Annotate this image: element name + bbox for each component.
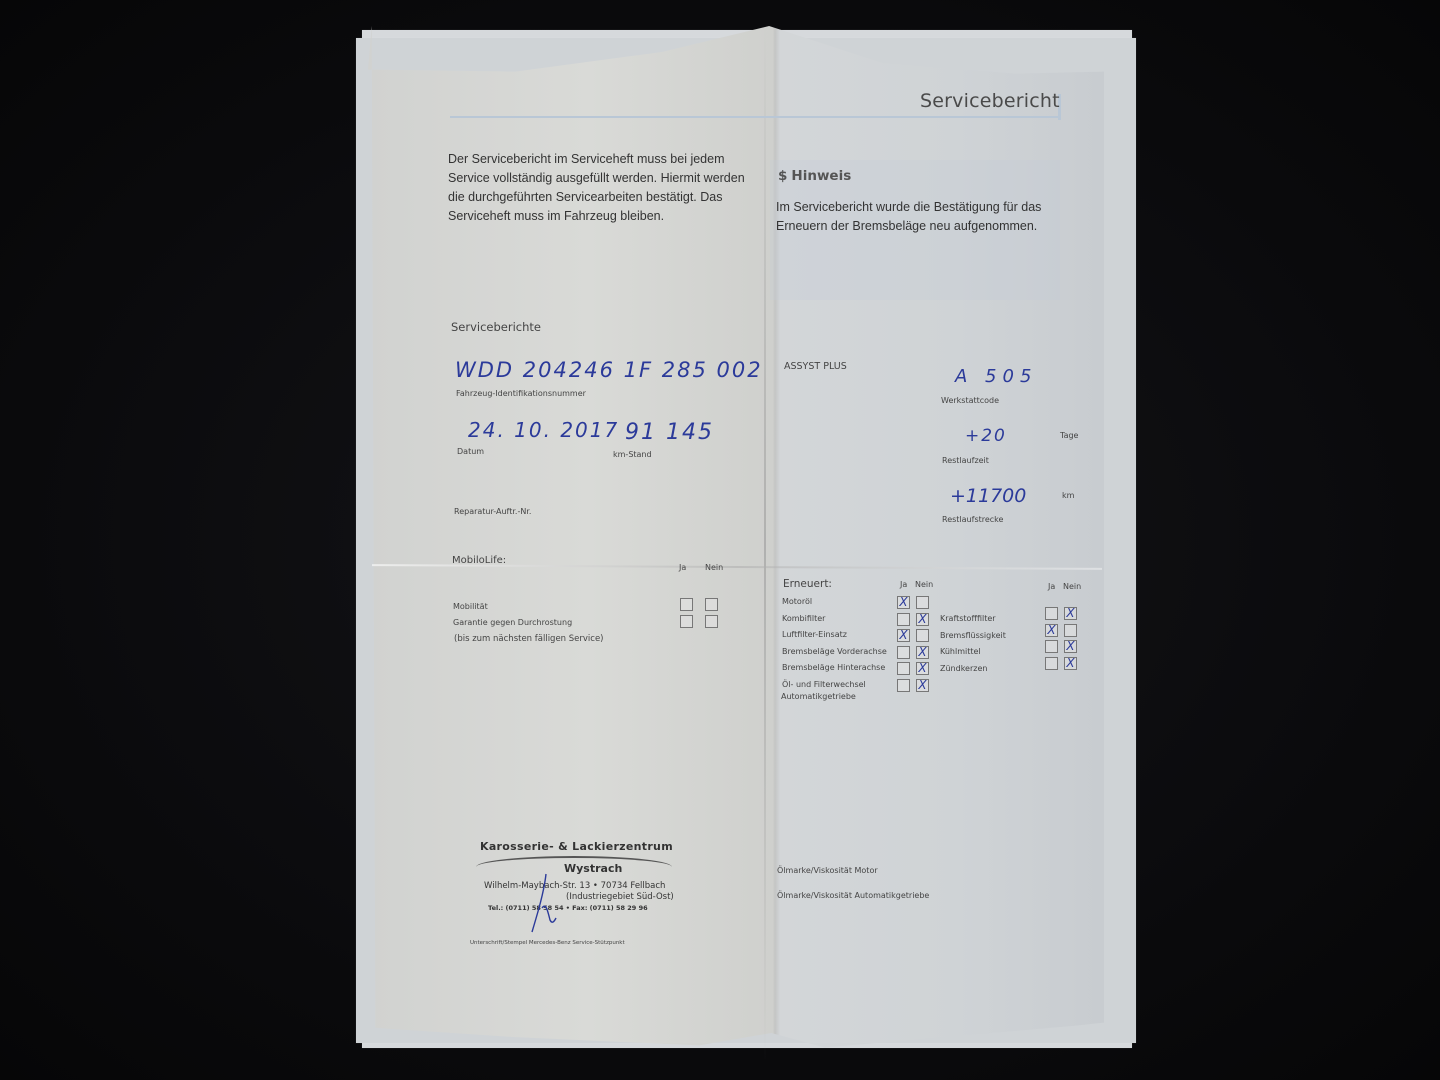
renewed-item-label: Bremsflüssigkeit [940,631,1006,640]
stamp-sub: Wystrach [564,862,622,875]
renewed-col-no: Nein [915,580,933,589]
km-label: km-Stand [613,450,652,459]
renewed-col-yes: Ja [900,580,907,589]
checkbox-no[interactable] [705,615,718,628]
checkbox-yes[interactable] [1045,657,1058,670]
stamp-area: (Industriegebiet Süd-Ost) [566,892,674,902]
remaining-time-label: Restlaufzeit [942,456,989,465]
renewed-item-label: Kühlmittel [940,647,981,656]
checkbox-no[interactable]: X [916,646,929,659]
renewed-item-label: Bremsbeläge Vorderachse [782,647,887,656]
checkbox-no[interactable]: X [916,679,929,692]
renewed-item-label: Kraftstofffilter [940,614,996,623]
dollar-sign-icon: $ [778,168,787,184]
checkbox-no[interactable]: X [1064,657,1077,670]
checkbox-yes[interactable] [680,598,693,611]
workshop-code-value[interactable]: A 505 [955,366,1037,387]
assyst-label: ASSYST PLUS [784,361,847,372]
photo-background: Servicebericht Der Servicebericht im Ser… [0,0,1440,1080]
renewed-col-yes-right: Ja [1048,582,1055,591]
repair-order-label: Reparatur-Auftr.-Nr. [454,507,531,516]
remaining-distance-value[interactable]: +11700 [950,485,1026,507]
checkbox-no[interactable] [916,596,929,609]
checkbox-yes[interactable] [897,613,910,626]
vin-value[interactable]: WDD 204246 1F 285 002 [455,358,763,382]
mobilolife-note: (bis zum nächsten fälligen Service) [454,634,604,644]
checkbox-yes[interactable] [897,679,910,692]
checkbox-no[interactable] [705,598,718,611]
renewed-left-last-sub: Automatikgetriebe [781,692,856,701]
mobilolife-item-label: Garantie gegen Durchrostung [453,618,572,627]
workshop-code-label: Werkstattcode [941,396,999,405]
checkbox-yes[interactable] [897,662,910,675]
section-title: Serviceberichte [451,320,541,334]
signature [528,872,558,934]
mobilolife-title: MobiloLife: [452,555,506,566]
checkbox-yes[interactable] [680,615,693,628]
stamp-name: Karosserie- & Lackierzentrum [480,840,673,853]
checkbox-yes[interactable] [1045,640,1058,653]
checkbox-no[interactable] [1064,624,1077,637]
checkbox-no[interactable]: X [916,613,929,626]
checkbox-yes[interactable] [897,646,910,659]
checkbox-yes[interactable]: X [897,596,910,609]
renewed-col-no-right: Nein [1063,582,1081,591]
remaining-time-unit: Tage [1060,431,1078,440]
checkbox-yes[interactable] [1045,607,1058,620]
remaining-distance-unit: km [1062,491,1074,500]
vin-label: Fahrzeug-Identifikationsnummer [456,389,586,398]
renewed-item-label: Motoröl [782,597,812,606]
renewed-title: Erneuert: [783,578,832,590]
oil-gearbox-label: Ölmarke/Viskosität Automatikgetriebe [777,891,929,900]
hint-heading: Hinweis [791,168,851,184]
km-value[interactable]: 91 145 [625,420,714,445]
mobilolife-col-yes: Ja [679,563,686,572]
renewed-item-label: Luftfilter-Einsatz [782,630,847,639]
checkbox-no[interactable] [916,629,929,642]
checkbox-yes[interactable]: X [897,629,910,642]
page-title: Servicebericht [920,90,1060,112]
intro-text: Der Servicebericht im Serviceheft muss b… [448,150,758,226]
date-value[interactable]: 24. 10. 2017 [468,418,619,442]
hint-text: Im Servicebericht wurde die Bestätigung … [776,198,1066,236]
renewed-item-label: Zündkerzen [940,664,987,673]
checkbox-no[interactable]: X [1064,607,1077,620]
renewed-item-label: Kombifilter [782,614,825,623]
mobilolife-col-no: Nein [705,563,723,572]
signature-label: Unterschrift/Stempel Mercedes-Benz Servi… [470,940,625,946]
remaining-distance-label: Restlaufstrecke [942,515,1003,524]
checkbox-no[interactable]: X [916,662,929,675]
renewed-item-label: Bremsbeläge Hinterachse [782,663,885,672]
hint-title: $Hinweis [778,168,851,184]
oil-engine-label: Ölmarke/Viskosität Motor [777,866,878,875]
checkbox-no[interactable]: X [1064,640,1077,653]
renewed-item-label: Öl- und Filterwechsel [782,680,866,689]
mobilolife-item-label: Mobilität [453,602,488,611]
date-label: Datum [457,447,484,456]
stamp-address: Wilhelm-Maybach-Str. 13 • 70734 Fellbach [484,881,665,891]
workshop-stamp: Karosserie- & Lackierzentrum Wystrach Wi… [472,838,682,918]
checkbox-yes[interactable]: X [1045,624,1058,637]
vertical-fold [764,26,766,1062]
remaining-time-value[interactable]: +20 [965,426,1007,446]
stamp-tel: Tel.: (0711) 58 58 54 • Fax: (0711) 58 2… [488,904,648,912]
title-rule [450,112,1060,118]
